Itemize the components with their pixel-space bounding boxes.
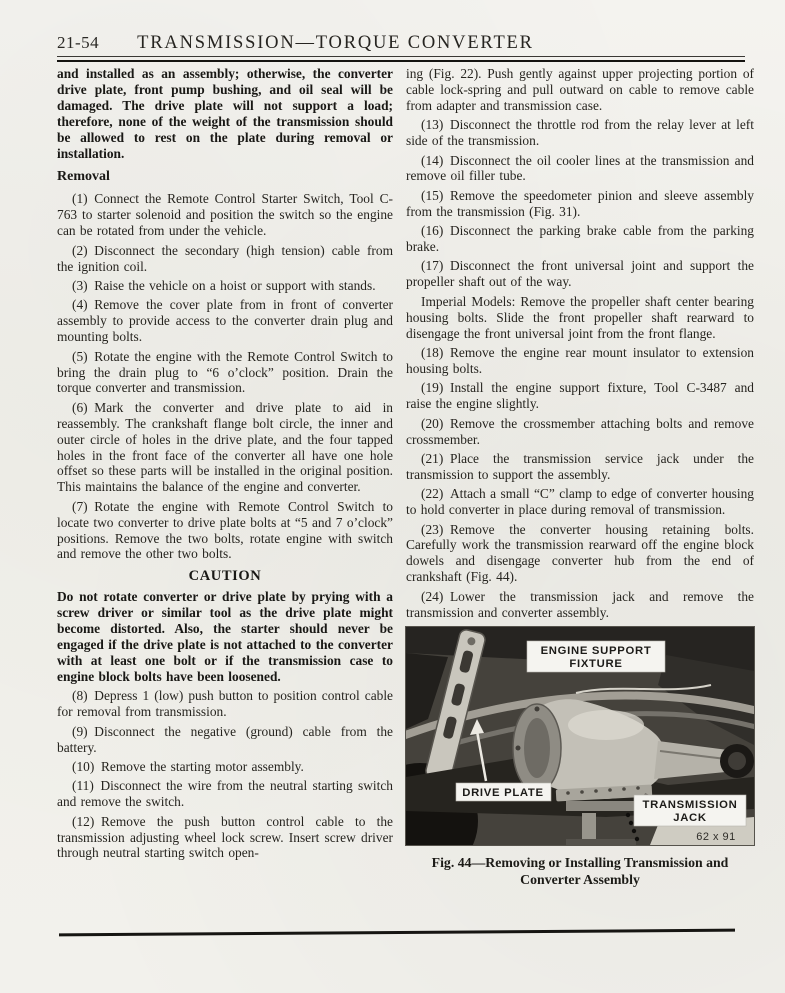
step-10: (10) Remove the starting motor assembly. xyxy=(57,759,393,775)
engine-support-label-line1: ENGINE SUPPORT xyxy=(541,645,652,657)
step-18: (18) Remove the engine rear mount insula… xyxy=(406,345,754,377)
figure-44: ENGINE SUPPORT FIXTURE DRIVE PLATE TRANS… xyxy=(406,627,754,889)
intro-paragraph: and installed as an assembly; otherwise,… xyxy=(57,66,393,161)
page-title: TRANSMISSION—TORQUE CONVERTER xyxy=(137,33,534,54)
step-9: (9) Disconnect the negative (ground) cab… xyxy=(57,724,393,756)
flange-hub xyxy=(728,752,746,770)
step-1: (1) Connect the Remote Control Starter S… xyxy=(57,191,393,239)
figure-caption: Fig. 44—Removing or Installing Transmiss… xyxy=(417,854,743,889)
page-header: 21-54 TRANSMISSION—TORQUE CONVERTER xyxy=(57,33,745,62)
step-20: (20) Remove the crossmember attaching bo… xyxy=(406,416,754,448)
step-22: (22) Attach a small “C” clamp to edge of… xyxy=(406,486,754,518)
housing-highlight xyxy=(568,710,644,740)
continuation-paragraph: ing (Fig. 22). Push gently against upper… xyxy=(406,66,754,114)
drive-plate-label-text: DRIVE PLATE xyxy=(462,787,544,799)
step-24: (24) Lower the transmission jack and rem… xyxy=(406,589,754,621)
caution-heading: CAUTION xyxy=(57,568,393,585)
drive-plate-label: DRIVE PLATE xyxy=(456,783,551,801)
step-23: (23) Remove the converter housing retain… xyxy=(406,522,754,586)
bolt xyxy=(516,745,521,750)
step-21: (21) Place the transmission service jack… xyxy=(406,451,754,483)
transmission-photo: ENGINE SUPPORT FIXTURE DRIVE PLATE TRANS… xyxy=(406,627,754,845)
step-3: (3) Raise the vehicle on a hoist or supp… xyxy=(57,278,393,294)
step-8: (8) Depress 1 (low) push button to posit… xyxy=(57,688,393,720)
footer-rule xyxy=(59,929,735,936)
step-4: (4) Remove the cover plate from in front… xyxy=(57,297,393,345)
step-14: (14) Disconnect the oil cooler lines at … xyxy=(406,153,754,185)
step-7: (7) Rotate the engine with Remote Contro… xyxy=(57,499,393,563)
imperial-models-paragraph: Imperial Models: Remove the propeller sh… xyxy=(406,294,754,342)
manual-page: 21-54 TRANSMISSION—TORQUE CONVERTER and … xyxy=(0,0,785,993)
step-13: (13) Disconnect the throttle rod from th… xyxy=(406,117,754,149)
left-column: and installed as an assembly; otherwise,… xyxy=(57,66,393,889)
right-column: ing (Fig. 22). Push gently against upper… xyxy=(406,66,754,889)
transmission-jack-label-line1: TRANSMISSION xyxy=(642,799,737,811)
engine-support-label-line2: FIXTURE xyxy=(569,658,622,670)
photo-id-text: 62 x 91 xyxy=(696,831,736,843)
step-12: (12) Remove the push button control cabl… xyxy=(57,814,393,862)
transmission-jack-label-line2: JACK xyxy=(673,812,707,824)
header-row: 21-54 TRANSMISSION—TORQUE CONVERTER xyxy=(57,33,745,54)
bolt xyxy=(535,706,540,711)
two-column-body: and installed as an assembly; otherwise,… xyxy=(57,66,754,889)
step-16: (16) Disconnect the parking brake cable … xyxy=(406,223,754,255)
step-5: (5) Rotate the engine with the Remote Co… xyxy=(57,349,393,397)
step-6: (6) Mark the converter and drive plate t… xyxy=(57,400,393,495)
drive-plate-center xyxy=(524,718,550,778)
removal-heading: Removal xyxy=(57,169,393,185)
step-11: (11) Disconnect the wire from the neutra… xyxy=(57,778,393,810)
step-15: (15) Remove the speedometer pinion and s… xyxy=(406,188,754,220)
engine-support-fixture-label: ENGINE SUPPORT FIXTURE xyxy=(527,641,665,672)
page-number: 21-54 xyxy=(57,33,99,53)
transmission-jack-label: TRANSMISSION JACK xyxy=(634,795,746,826)
caution-paragraph: Do not rotate converter or drive plate b… xyxy=(57,589,393,684)
step-17: (17) Disconnect the front universal join… xyxy=(406,258,754,290)
header-rule xyxy=(57,56,745,62)
step-19: (19) Install the engine support fixture,… xyxy=(406,380,754,412)
step-2: (2) Disconnect the secondary (high tensi… xyxy=(57,243,393,275)
